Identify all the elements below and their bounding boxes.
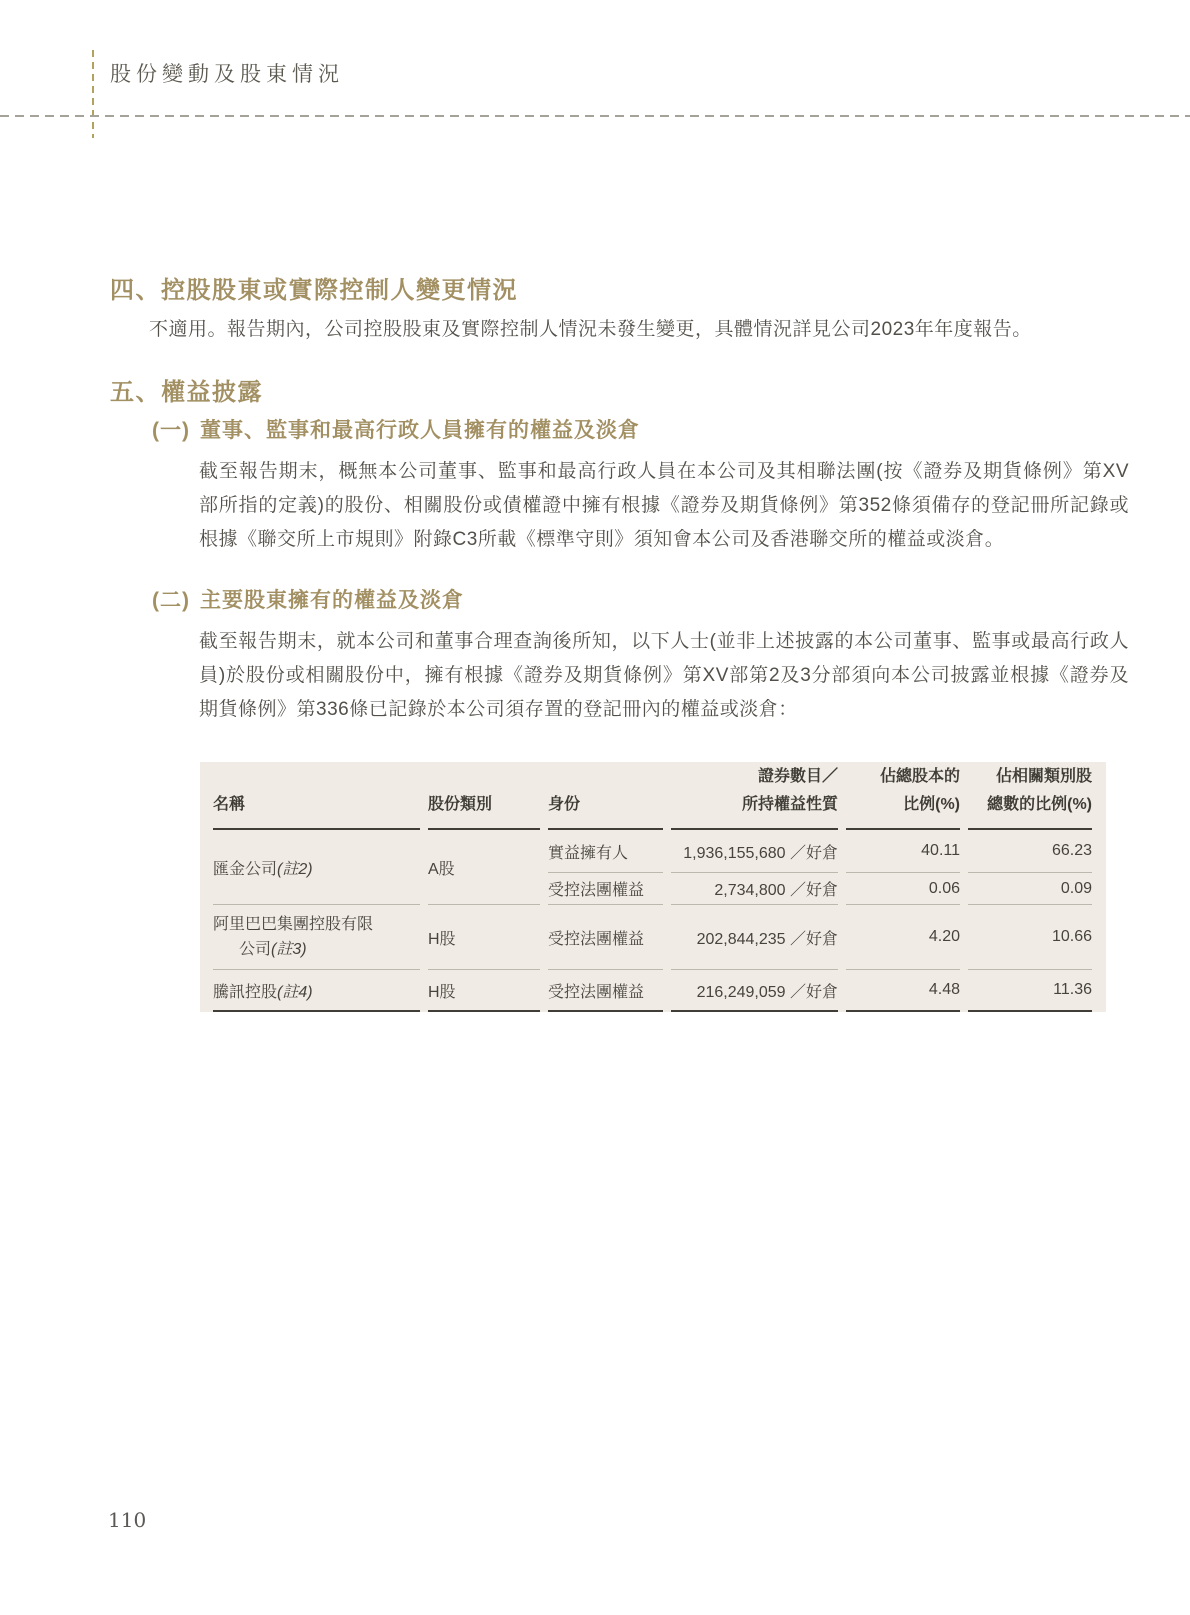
subsection-body-directors-interests: 截至報告期末，概無本公司董事、監事和最高行政人員在本公司及其相聯法團(按《證券及… xyxy=(199,455,1129,557)
page-title: 股份變動及股東情況 xyxy=(110,58,344,88)
column-header-class-percent: 佔相關類別股 總數的比例(%) xyxy=(968,762,1092,830)
shareholder-name: 騰訊控股 xyxy=(213,979,277,1002)
subsection-title: 董事、監事和最高行政人員擁有的權益及淡倉 xyxy=(200,419,640,442)
table-cell-securities-tencent: 216,249,059 ／好倉 xyxy=(671,970,838,1012)
column-header-class-percent-line2: 總數的比例(%) xyxy=(987,791,1092,819)
header-vertical-dashed-rule xyxy=(92,50,94,138)
table-cell-securities-huijin-1: 1,936,155,680 ／好倉 xyxy=(671,830,838,873)
column-header-securities-line1: 證券數目／ xyxy=(742,763,838,791)
column-header-securities-line2: 所持權益性質 xyxy=(742,791,838,819)
table-cell-class-pct-huijin-1: 66.23 xyxy=(968,830,1092,873)
column-header-share-class: 股份類別 xyxy=(428,762,540,830)
column-header-capacity: 身份 xyxy=(548,762,663,830)
shareholder-note: (註4) xyxy=(277,979,313,1002)
subsection-heading-directors-interests: (一)董事、監事和最高行政人員擁有的權益及淡倉 xyxy=(152,414,640,444)
shareholder-name-line2: 公司(註3) xyxy=(213,937,307,962)
column-header-class-percent-line1: 佔相關類別股 xyxy=(987,763,1092,791)
shareholder-name: 匯金公司 xyxy=(213,856,277,879)
subsection-body-substantial-shareholders: 截至報告期末，就本公司和董事合理查詢後所知，以下人士(並非上述披露的本公司董事、… xyxy=(199,625,1129,727)
column-header-total-percent-line2: 比例(%) xyxy=(880,791,960,819)
subsection-number: (一) xyxy=(152,419,190,442)
substantial-shareholders-table: 名稱 股份類別 身份 證券數目／ 所持權益性質 佔總股本的 比例(%) 佔相關類… xyxy=(200,762,1106,1012)
column-header-securities: 證券數目／ 所持權益性質 xyxy=(671,762,838,830)
shareholder-note: (註3) xyxy=(271,941,307,958)
shareholder-note: (註2) xyxy=(277,856,313,879)
table-cell-securities-alibaba: 202,844,235 ／好倉 xyxy=(671,905,838,970)
subsection-heading-substantial-shareholders: (二)主要股東擁有的權益及淡倉 xyxy=(152,584,464,614)
subsection-number: (二) xyxy=(152,589,190,612)
section-heading-controlling-shareholder: 四、控股股東或實際控制人變更情況 xyxy=(110,270,518,305)
table-cell-total-pct-alibaba: 4.20 xyxy=(846,905,960,970)
table-cell-name-tencent: 騰訊控股(註4) xyxy=(213,970,420,1012)
table-cell-securities-huijin-2: 2,734,800 ／好倉 xyxy=(671,873,838,905)
column-header-total-percent-line1: 佔總股本的 xyxy=(880,763,960,791)
column-header-total-percent: 佔總股本的 比例(%) xyxy=(846,762,960,830)
section-body-controlling-shareholder: 不適用。報告期內，公司控股股東及實際控制人情況未發生變更，具體情況詳見公司202… xyxy=(149,313,1129,347)
table-cell-capacity-alibaba: 受控法團權益 xyxy=(548,905,663,970)
page-number: 110 xyxy=(108,1508,146,1532)
table-cell-share-class-alibaba: H股 xyxy=(428,905,540,970)
table-cell-class-pct-tencent: 11.36 xyxy=(968,970,1092,1012)
table-cell-name-alibaba: 阿里巴巴集團控股有限 公司(註3) xyxy=(213,905,420,970)
subsection-title: 主要股東擁有的權益及淡倉 xyxy=(200,589,464,612)
table-cell-total-pct-tencent: 4.48 xyxy=(846,970,960,1012)
shareholder-name: 公司 xyxy=(239,941,271,958)
shareholder-name-line1: 阿里巴巴集團控股有限 xyxy=(213,912,373,937)
table-cell-class-pct-huijin-2: 0.09 xyxy=(968,873,1092,905)
table-cell-capacity-tencent: 受控法團權益 xyxy=(548,970,663,1012)
table-cell-share-class-huijin: A股 xyxy=(428,830,540,905)
table-cell-total-pct-huijin-2: 0.06 xyxy=(846,873,960,905)
column-header-name: 名稱 xyxy=(213,762,420,830)
table-cell-total-pct-huijin-1: 40.11 xyxy=(846,830,960,873)
section-heading-interest-disclosure: 五、權益披露 xyxy=(110,372,263,407)
table-cell-share-class-tencent: H股 xyxy=(428,970,540,1012)
table-cell-capacity-huijin-1: 實益擁有人 xyxy=(548,830,663,873)
table-cell-capacity-huijin-2: 受控法團權益 xyxy=(548,873,663,905)
table-cell-name-huijin: 匯金公司(註2) xyxy=(213,830,420,905)
table-cell-class-pct-alibaba: 10.66 xyxy=(968,905,1092,970)
header-horizontal-dashed-rule xyxy=(0,115,1190,117)
